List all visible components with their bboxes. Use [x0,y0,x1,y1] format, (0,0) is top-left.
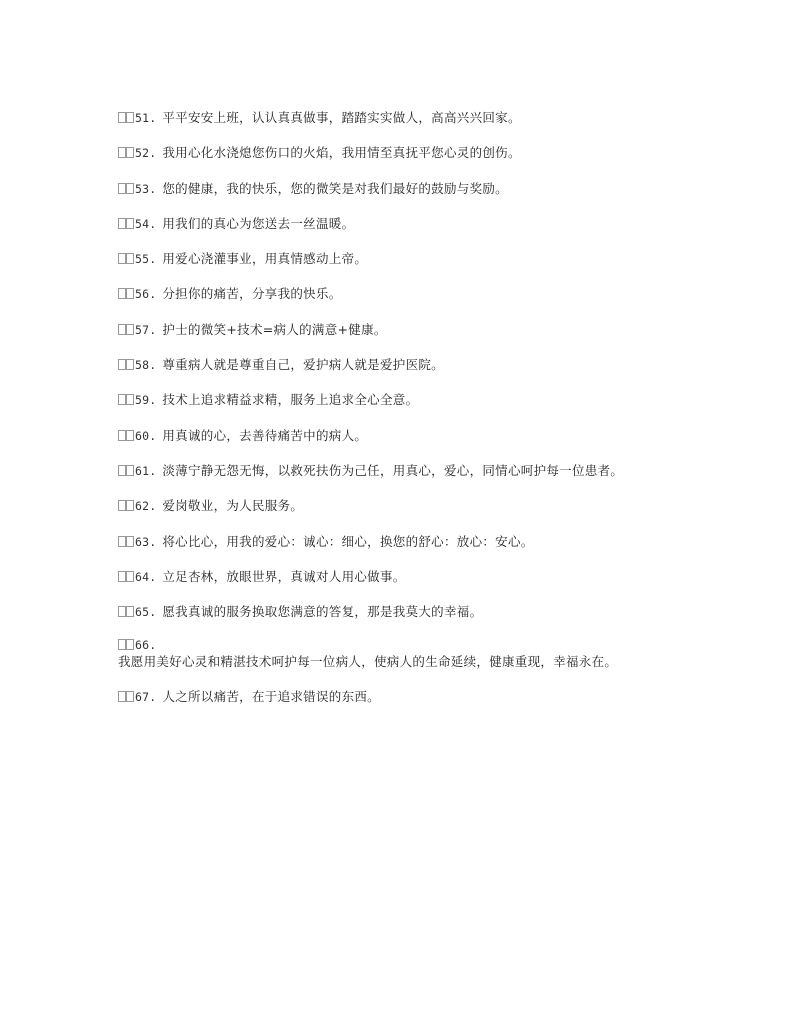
item-text: 愿我真诚的服务换取您满意的答复，那是我莫大的幸福。 [162,604,482,619]
item-text: 用真诚的心，去善待痛苦中的病人。 [162,428,367,443]
list-item: 58.尊重病人就是尊重自己，爱护病人就是爱护医院。 [118,356,678,374]
missing-glyph-box-icon [118,394,126,405]
item-separator: . [149,358,156,372]
list-item: 60.用真诚的心，去善待痛苦中的病人。 [118,427,678,445]
list-item: 55.用爱心浇灌事业，用真情感动上帝。 [118,250,678,268]
item-number: 53 [135,182,149,196]
missing-glyph-box-icon [126,288,134,299]
item-separator: . [149,217,156,231]
item-separator: . [149,393,156,407]
missing-glyph-box-icon [126,571,134,582]
item-number: 59 [135,393,149,407]
item-separator: . [149,429,156,443]
item-number: 51 [135,111,149,125]
missing-glyph-box-icon [118,112,126,123]
item-prefix: 60. [118,429,162,443]
item-prefix: 67. [118,690,162,704]
item-separator: . [149,146,156,160]
list-item: 62.爱岗敬业，为人民服务。 [118,497,678,515]
missing-glyph-box-icon [118,639,126,650]
missing-glyph-box-icon [118,606,126,617]
missing-glyph-box-icon [118,218,126,229]
item-text: 用我们的真心为您送去一丝温暖。 [162,216,354,231]
list-item: 66.我愿用美好心灵和精湛技术呵护每一位病人，使病人的生命延续，健康重现，幸福永… [118,638,678,670]
item-separator: . [149,535,156,549]
missing-glyph-box-icon [126,639,134,650]
list-item: 65.愿我真诚的服务换取您满意的答复，那是我莫大的幸福。 [118,603,678,621]
missing-glyph-box-icon [126,112,134,123]
missing-glyph-box-icon [126,183,134,194]
item-prefix: 62. [118,499,162,513]
item-prefix: 59. [118,393,162,407]
item-text: 人之所以痛苦，在于追求错误的东西。 [162,689,380,704]
missing-glyph-box-icon [118,465,126,476]
missing-glyph-box-icon [118,691,126,702]
missing-glyph-box-icon [126,218,134,229]
list-item: 63.将心比心，用我的爱心：诚心：细心，换您的舒心：放心：安心。 [118,533,678,551]
missing-glyph-box-icon [118,324,126,335]
missing-glyph-box-icon [126,500,134,511]
item-separator: . [149,252,156,266]
list-item: 56.分担你的痛苦，分享我的快乐。 [118,285,678,303]
missing-glyph-box-icon [118,536,126,547]
list-item: 59.技术上追求精益求精，服务上追求全心全意。 [118,391,678,409]
item-number: 56 [135,287,149,301]
item-number: 61 [135,464,149,478]
missing-glyph-box-icon [126,606,134,617]
item-prefix: 63. [118,535,162,549]
missing-glyph-box-icon [126,147,134,158]
item-prefix: 66. [118,638,678,653]
item-text: 爱岗敬业，为人民服务。 [162,498,303,513]
item-text: 我愿用美好心灵和精湛技术呵护每一位病人，使病人的生命延续，健康重现，幸福永在。 [118,653,678,670]
document-page: 51.平平安安上班，认认真真做事，踏踏实实做人，高高兴兴回家。 52.我用心化水… [118,109,678,723]
item-number: 65 [135,605,149,619]
item-number: 60 [135,429,149,443]
item-text: 分担你的痛苦，分享我的快乐。 [162,286,341,301]
item-separator: . [149,605,156,619]
item-prefix: 56. [118,287,162,301]
list-item: 52.我用心化水浇熄您伤口的火焰，我用情至真抚平您心灵的创伤。 [118,144,678,162]
missing-glyph-box-icon [118,359,126,370]
missing-glyph-box-icon [118,147,126,158]
missing-glyph-box-icon [118,571,126,582]
list-item: 57.护士的微笑+技术=病人的满意+健康。 [118,321,678,339]
missing-glyph-box-icon [118,430,126,441]
missing-glyph-box-icon [118,500,126,511]
item-number: 66 [135,638,149,652]
item-number: 54 [135,217,149,231]
missing-glyph-box-icon [126,324,134,335]
list-item: 64.立足杏林，放眼世界，真诚对人用心做事。 [118,568,678,586]
list-item: 54.用我们的真心为您送去一丝温暖。 [118,215,678,233]
missing-glyph-box-icon [118,288,126,299]
item-prefix: 51. [118,111,162,125]
item-number: 52 [135,146,149,160]
item-prefix: 58. [118,358,162,372]
missing-glyph-box-icon [118,253,126,264]
item-separator: . [149,638,156,652]
item-number: 55 [135,252,149,266]
item-separator: . [149,464,156,478]
item-number: 57 [135,323,149,337]
item-number: 63 [135,535,149,549]
item-text: 尊重病人就是尊重自己，爱护病人就是爱护医院。 [162,357,444,372]
item-text: 淡薄宁静无怨无悔，以救死扶伤为己任，用真心，爱心，同情心呵护每一位患者。 [162,463,623,478]
item-text: 技术上追求精益求精，服务上追求全心全意。 [162,392,418,407]
item-prefix: 65. [118,605,162,619]
missing-glyph-box-icon [118,183,126,194]
item-prefix: 55. [118,252,162,266]
missing-glyph-box-icon [126,394,134,405]
list-item: 51.平平安安上班，认认真真做事，踏踏实实做人，高高兴兴回家。 [118,109,678,127]
list-item: 53.您的健康，我的快乐，您的微笑是对我们最好的鼓励与奖励。 [118,180,678,198]
item-separator: . [149,182,156,196]
item-text: 护士的微笑+技术=病人的满意+健康。 [162,322,386,337]
item-text: 立足杏林，放眼世界，真诚对人用心做事。 [162,569,405,584]
item-text: 您的健康，我的快乐，您的微笑是对我们最好的鼓励与奖励。 [162,181,508,196]
item-prefix: 54. [118,217,162,231]
item-text: 用爱心浇灌事业，用真情感动上帝。 [162,251,367,266]
missing-glyph-box-icon [126,430,134,441]
item-text: 我用心化水浇熄您伤口的火焰，我用情至真抚平您心灵的创伤。 [162,145,520,160]
item-separator: . [149,690,156,704]
missing-glyph-box-icon [126,359,134,370]
missing-glyph-box-icon [126,253,134,264]
item-number: 58 [135,358,149,372]
item-text: 平平安安上班，认认真真做事，踏踏实实做人，高高兴兴回家。 [162,110,520,125]
item-separator: . [149,323,156,337]
missing-glyph-box-icon [126,536,134,547]
item-text: 将心比心，用我的爱心：诚心：细心，换您的舒心：放心：安心。 [162,534,533,549]
item-prefix: 53. [118,182,162,196]
item-separator: . [149,111,156,125]
missing-glyph-box-icon [126,691,134,702]
item-separator: . [149,499,156,513]
item-number: 67 [135,690,149,704]
item-prefix: 57. [118,323,162,337]
item-prefix: 52. [118,146,162,160]
list-item: 67.人之所以痛苦，在于追求错误的东西。 [118,688,678,706]
item-prefix: 61. [118,464,162,478]
item-separator: . [149,287,156,301]
list-item: 61.淡薄宁静无怨无悔，以救死扶伤为己任，用真心，爱心，同情心呵护每一位患者。 [118,462,678,480]
missing-glyph-box-icon [126,465,134,476]
item-prefix: 64. [118,570,162,584]
item-number: 62 [135,499,149,513]
item-number: 64 [135,570,149,584]
item-separator: . [149,570,156,584]
